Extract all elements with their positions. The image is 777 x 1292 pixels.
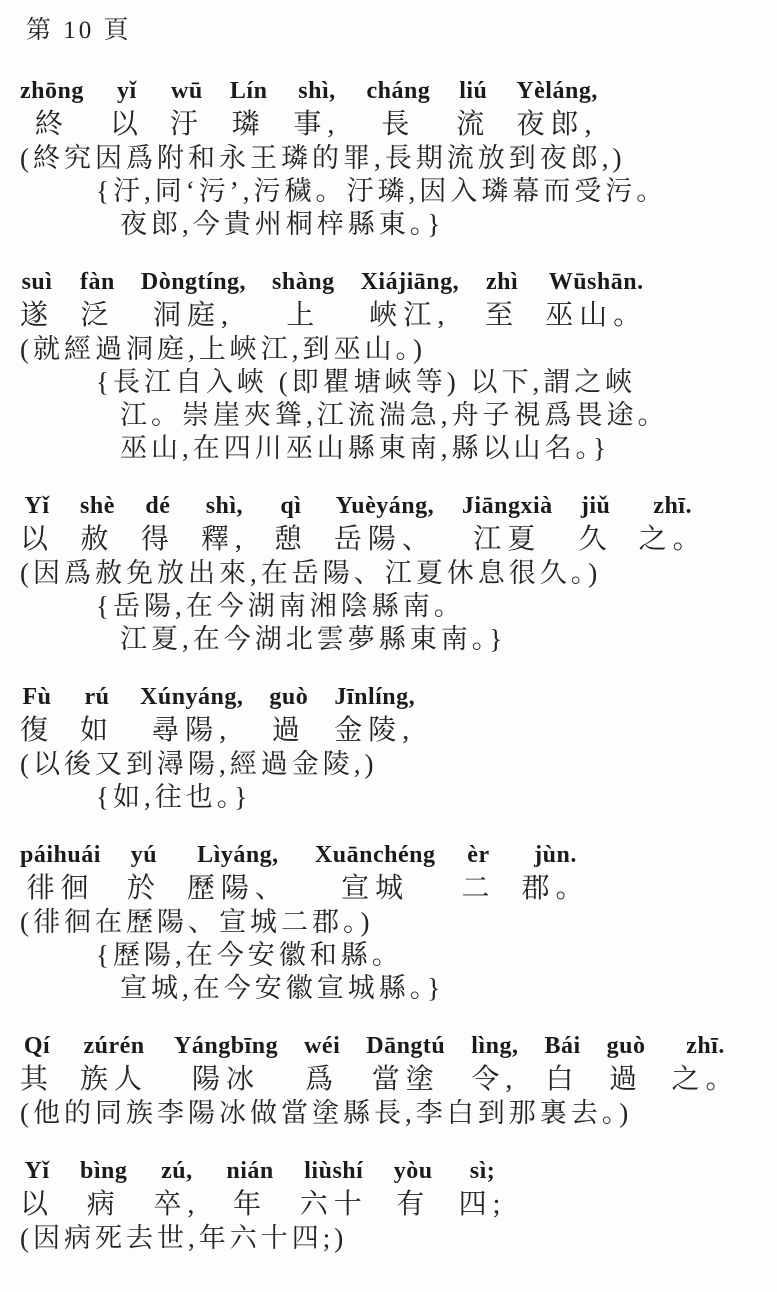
translation-line: (因爲赦免放出來,在岳陽、江夏休息很久。) xyxy=(20,557,769,590)
text-section: páihuái徘徊yú於Lìyáng,歷陽、Xuānchéng宣城èr二jùn.… xyxy=(20,838,769,1005)
page-number-header: 第 10 頁 xyxy=(26,14,769,48)
hanzi-word: 長 xyxy=(381,108,415,142)
pinyin-hanzi-pair: Yǐ以 xyxy=(20,1154,54,1222)
pinyin-word: yòu xyxy=(394,1154,433,1188)
hanzi-word: 赦 xyxy=(80,523,114,557)
pinyin-hanzi-pair: Bái白 xyxy=(544,1029,580,1097)
pinyin-hanzi-pair: Jīnlíng,金陵, xyxy=(334,680,415,748)
note-line: 巫山,在四川巫山縣東南,縣以山名。} xyxy=(120,432,769,465)
pinyin-hanzi-pair: bìng病 xyxy=(80,1154,127,1222)
hanzi-word: 流 xyxy=(456,108,490,142)
pinyin-word: Xiájiāng, xyxy=(361,265,460,299)
pinyin-word: shì, xyxy=(206,489,243,523)
pinyin-hanzi-pair: Xúnyáng,尋陽, xyxy=(140,680,243,748)
pinyin-hanzi-pair: páihuái徘徊 xyxy=(20,838,101,906)
pinyin-hanzi-pair: guò過 xyxy=(607,1029,646,1097)
note-block: {歷陽,在今安徽和縣。宣城,在今安徽宣城縣。} xyxy=(20,939,769,1005)
pinyin-hanzi-pair: Dāngtú當塗 xyxy=(366,1029,445,1097)
note-block: {如,往也。} xyxy=(20,781,769,814)
interlinear-line: Qí其zúrén族人Yángbīng陽冰wéi爲Dāngtú當塗lìng,令,B… xyxy=(20,1029,769,1097)
interlinear-line: Yǐ以shè赦dé得shì,釋,qì憩Yuèyáng,岳陽、Jiāngxià江夏… xyxy=(20,489,769,557)
pinyin-hanzi-pair: zhī.之。 xyxy=(672,1029,740,1097)
document-page: 第 10 頁 zhōng終yǐ以wū汙Lín璘shì,事,cháng長liú流Y… xyxy=(0,0,777,1292)
pinyin-hanzi-pair: fàn泛 xyxy=(80,265,115,333)
hanzi-word: 金陵, xyxy=(334,714,415,748)
hanzi-word: 其 xyxy=(20,1063,54,1097)
hanzi-word: 復 xyxy=(20,714,54,748)
pinyin-word: zhōng xyxy=(20,74,84,108)
translation-line: (就經過洞庭,上峽江,到巫山。) xyxy=(20,333,769,366)
pinyin-hanzi-pair: nián年 xyxy=(226,1154,273,1222)
hanzi-word: 璘 xyxy=(232,108,266,142)
interlinear-line: páihuái徘徊yú於Lìyáng,歷陽、Xuānchéng宣城èr二jùn.… xyxy=(20,838,769,906)
pinyin-word: Jiāngxià xyxy=(462,489,553,523)
pinyin-word: zhì xyxy=(486,265,518,299)
note-block: {岳陽,在今湖南湘陰縣南。江夏,在今湖北雲夢縣東南。} xyxy=(20,590,769,656)
hanzi-word: 白 xyxy=(546,1063,580,1097)
pinyin-hanzi-pair: Lín璘 xyxy=(230,74,268,142)
pinyin-word: páihuái xyxy=(20,838,101,872)
pinyin-word: jùn. xyxy=(534,838,577,872)
sections: zhōng終yǐ以wū汙Lín璘shì,事,cháng長liú流Yèláng,夜… xyxy=(20,74,769,1255)
pinyin-word: guò xyxy=(269,680,308,714)
pinyin-hanzi-pair: guò過 xyxy=(269,680,308,748)
pinyin-word: bìng xyxy=(80,1154,127,1188)
note-line: {歷陽,在今安徽和縣。 xyxy=(96,939,769,972)
note-line: 江。崇崖夾聳,江流湍急,舟子視爲畏途。 xyxy=(120,399,769,432)
interlinear-line: Yǐ以bìng病zú,卒,nián年liùshí六十yòu有sì;四; xyxy=(20,1154,769,1222)
hanzi-word: 郡。 xyxy=(521,872,589,906)
pinyin-hanzi-pair: yòu有 xyxy=(394,1154,433,1222)
pinyin-word: Dòngtíng, xyxy=(141,265,246,299)
pinyin-word: suì xyxy=(22,265,53,299)
hanzi-word: 四; xyxy=(459,1188,507,1222)
pinyin-hanzi-pair: shàng上 xyxy=(272,265,335,333)
hanzi-word: 以 xyxy=(20,523,54,557)
pinyin-word: jiǔ xyxy=(581,489,611,523)
note-line: {如,往也。} xyxy=(96,781,769,814)
pinyin-hanzi-pair: èr二 xyxy=(461,838,495,906)
pinyin-hanzi-pair: Yuèyáng,岳陽、 xyxy=(334,489,436,557)
hanzi-word: 岳陽、 xyxy=(334,523,436,557)
hanzi-word: 如 xyxy=(80,714,114,748)
hanzi-word: 過 xyxy=(609,1063,643,1097)
pinyin-word: Yǐ xyxy=(25,489,50,523)
pinyin-word: shì, xyxy=(298,74,335,108)
pinyin-hanzi-pair: Dòngtíng,洞庭, xyxy=(141,265,246,333)
pinyin-word: fàn xyxy=(80,265,115,299)
pinyin-word: zúrén xyxy=(83,1029,144,1063)
hanzi-word: 尋陽, xyxy=(151,714,232,748)
text-section: suì遂fàn泛Dòngtíng,洞庭,shàng上Xiájiāng,峽江,zh… xyxy=(20,265,769,465)
note-line: 宣城,在今安徽宣城縣。} xyxy=(120,972,769,1005)
hanzi-word: 至 xyxy=(485,299,519,333)
interlinear-line: suì遂fàn泛Dòngtíng,洞庭,shàng上Xiájiāng,峽江,zh… xyxy=(20,265,769,333)
pinyin-hanzi-pair: qì憩 xyxy=(274,489,308,557)
hanzi-word: 以 xyxy=(110,108,144,142)
text-section: zhōng終yǐ以wū汙Lín璘shì,事,cháng長liú流Yèláng,夜… xyxy=(20,74,769,241)
pinyin-hanzi-pair: wū汙 xyxy=(170,74,204,142)
pinyin-word: zhī. xyxy=(653,489,692,523)
pinyin-hanzi-pair: suì遂 xyxy=(20,265,54,333)
hanzi-word: 陽冰 xyxy=(192,1063,260,1097)
interlinear-line: Fù復rú如Xúnyáng,尋陽,guò過Jīnlíng,金陵, xyxy=(20,680,769,748)
pinyin-word: cháng xyxy=(366,74,430,108)
pinyin-hanzi-pair: Fù復 xyxy=(20,680,54,748)
text-section: Qí其zúrén族人Yángbīng陽冰wéi爲Dāngtú當塗lìng,令,B… xyxy=(20,1029,769,1130)
hanzi-word: 得 xyxy=(141,523,175,557)
pinyin-hanzi-pair: wéi爲 xyxy=(304,1029,340,1097)
note-block: {汙,同‘污’,污穢。汙璘,因入璘幕而受污。夜郎,今貴州桐梓縣東。} xyxy=(20,175,769,241)
translation-line: (他的同族李陽冰做當塗縣長,李白到那裏去。) xyxy=(20,1097,769,1130)
pinyin-word: Xuānchéng xyxy=(315,838,436,872)
text-section: Yǐ以shè赦dé得shì,釋,qì憩Yuèyáng,岳陽、Jiāngxià江夏… xyxy=(20,489,769,656)
pinyin-hanzi-pair: Lìyáng,歷陽、 xyxy=(187,838,289,906)
pinyin-hanzi-pair: lìng,令, xyxy=(471,1029,518,1097)
pinyin-hanzi-pair: shì,事, xyxy=(293,74,340,142)
note-line: {汙,同‘污’,污穢。汙璘,因入璘幕而受污。 xyxy=(96,175,769,208)
note-line: 夜郎,今貴州桐梓縣東。} xyxy=(120,208,769,241)
hanzi-word: 終 xyxy=(35,108,69,142)
hanzi-word: 族人 xyxy=(80,1063,148,1097)
hanzi-word: 憩 xyxy=(274,523,308,557)
hanzi-word: 泛 xyxy=(80,299,114,333)
hanzi-word: 當塗 xyxy=(372,1063,440,1097)
pinyin-hanzi-pair: shì,釋, xyxy=(201,489,248,557)
hanzi-word: 巫山。 xyxy=(545,299,647,333)
hanzi-word: 汙 xyxy=(170,108,204,142)
translation-line: (徘徊在歷陽、宣城二郡。) xyxy=(20,906,769,939)
pinyin-hanzi-pair: cháng長 xyxy=(366,74,430,142)
pinyin-word: rú xyxy=(85,680,110,714)
note-line: {長江自入峽 (即瞿塘峽等) 以下,謂之峽 xyxy=(96,366,769,399)
pinyin-word: Bái xyxy=(544,1029,580,1063)
pinyin-word: Xúnyáng, xyxy=(140,680,243,714)
pinyin-hanzi-pair: jùn.郡。 xyxy=(521,838,589,906)
pinyin-word: èr xyxy=(467,838,489,872)
pinyin-word: liú xyxy=(459,74,487,108)
hanzi-word: 過 xyxy=(272,714,306,748)
hanzi-word: 卒, xyxy=(153,1188,200,1222)
pinyin-word: Lín xyxy=(230,74,268,108)
note-line: {岳陽,在今湖南湘陰縣南。 xyxy=(96,590,769,623)
pinyin-hanzi-pair: Yángbīng陽冰 xyxy=(174,1029,278,1097)
pinyin-hanzi-pair: Yèláng,夜郎, xyxy=(516,74,598,142)
hanzi-word: 六十 xyxy=(300,1188,368,1222)
pinyin-hanzi-pair: Qí其 xyxy=(20,1029,54,1097)
pinyin-hanzi-pair: zhì至 xyxy=(485,265,519,333)
hanzi-word: 上 xyxy=(286,299,320,333)
pinyin-hanzi-pair: shè赦 xyxy=(80,489,115,557)
pinyin-word: qì xyxy=(280,489,301,523)
hanzi-word: 事, xyxy=(293,108,340,142)
text-section: Fù復rú如Xúnyáng,尋陽,guò過Jīnlíng,金陵, (以後又到潯陽… xyxy=(20,680,769,814)
pinyin-word: nián xyxy=(226,1154,273,1188)
pinyin-word: liùshí xyxy=(304,1154,363,1188)
pinyin-hanzi-pair: dé得 xyxy=(141,489,175,557)
hanzi-word: 爲 xyxy=(305,1063,339,1097)
pinyin-word: lìng, xyxy=(471,1029,518,1063)
text-section: Yǐ以bìng病zú,卒,nián年liùshí六十yòu有sì;四; (因病死… xyxy=(20,1154,769,1255)
translation-line: (因病死去世,年六十四;) xyxy=(20,1222,769,1255)
pinyin-word: shè xyxy=(80,489,115,523)
hanzi-word: 宣城 xyxy=(341,872,409,906)
hanzi-word: 久 xyxy=(579,523,613,557)
hanzi-word: 夜郎, xyxy=(517,108,598,142)
pinyin-word: Lìyáng, xyxy=(197,838,279,872)
hanzi-word: 之。 xyxy=(639,523,707,557)
pinyin-word: zú, xyxy=(161,1154,193,1188)
pinyin-word: zhī. xyxy=(686,1029,725,1063)
hanzi-word: 於 xyxy=(127,872,161,906)
hanzi-word: 年 xyxy=(233,1188,267,1222)
hanzi-word: 二 xyxy=(461,872,495,906)
hanzi-word: 江夏 xyxy=(473,523,541,557)
hanzi-word: 徘徊 xyxy=(26,872,94,906)
hanzi-word: 之。 xyxy=(672,1063,740,1097)
hanzi-word: 病 xyxy=(87,1188,121,1222)
interlinear-line: zhōng終yǐ以wū汙Lín璘shì,事,cháng長liú流Yèláng,夜… xyxy=(20,74,769,142)
pinyin-hanzi-pair: Yǐ以 xyxy=(20,489,54,557)
pinyin-hanzi-pair: yǐ以 xyxy=(110,74,144,142)
hanzi-word: 有 xyxy=(396,1188,430,1222)
pinyin-hanzi-pair: sì;四; xyxy=(459,1154,507,1222)
hanzi-word: 峽江, xyxy=(369,299,450,333)
pinyin-word: dé xyxy=(145,489,170,523)
translation-line: (以後又到潯陽,經過金陵,) xyxy=(20,748,769,781)
hanzi-word: 釋, xyxy=(201,523,248,557)
pinyin-word: Qí xyxy=(24,1029,50,1063)
pinyin-word: Fù xyxy=(23,680,52,714)
pinyin-hanzi-pair: zú,卒, xyxy=(153,1154,200,1222)
hanzi-word: 洞庭, xyxy=(153,299,234,333)
pinyin-word: Yuèyáng, xyxy=(336,489,434,523)
pinyin-hanzi-pair: rú如 xyxy=(80,680,114,748)
pinyin-hanzi-pair: liú流 xyxy=(456,74,490,142)
hanzi-word: 令, xyxy=(471,1063,518,1097)
pinyin-hanzi-pair: zhī.之。 xyxy=(639,489,707,557)
pinyin-word: yú xyxy=(131,838,157,872)
pinyin-hanzi-pair: zúrén族人 xyxy=(80,1029,148,1097)
pinyin-word: shàng xyxy=(272,265,335,299)
pinyin-word: guò xyxy=(607,1029,646,1063)
pinyin-hanzi-pair: Xiájiāng,峽江, xyxy=(361,265,460,333)
pinyin-word: Yèláng, xyxy=(516,74,598,108)
pinyin-word: Yángbīng xyxy=(174,1029,278,1063)
translation-line: (終究因爲附和永王璘的罪,長期流放到夜郎,) xyxy=(20,142,769,175)
pinyin-hanzi-pair: liùshí六十 xyxy=(300,1154,368,1222)
hanzi-word: 遂 xyxy=(20,299,54,333)
hanzi-word: 以 xyxy=(20,1188,54,1222)
pinyin-word: wéi xyxy=(304,1029,340,1063)
hanzi-word: 歷陽、 xyxy=(187,872,289,906)
pinyin-hanzi-pair: Xuānchéng宣城 xyxy=(315,838,436,906)
pinyin-word: yǐ xyxy=(117,74,137,108)
pinyin-word: wū xyxy=(171,74,203,108)
pinyin-word: Wūshān. xyxy=(549,265,644,299)
pinyin-word: Yǐ xyxy=(25,1154,50,1188)
note-block: {長江自入峽 (即瞿塘峽等) 以下,謂之峽江。崇崖夾聳,江流湍急,舟子視爲畏途。… xyxy=(20,366,769,465)
pinyin-word: Dāngtú xyxy=(366,1029,445,1063)
note-line: 江夏,在今湖北雲夢縣東南。} xyxy=(120,623,769,656)
pinyin-hanzi-pair: Wūshān.巫山。 xyxy=(545,265,647,333)
pinyin-word: Jīnlíng, xyxy=(334,680,415,714)
pinyin-hanzi-pair: yú於 xyxy=(127,838,161,906)
pinyin-hanzi-pair: jiǔ久 xyxy=(579,489,613,557)
pinyin-word: sì; xyxy=(470,1154,496,1188)
pinyin-hanzi-pair: zhōng終 xyxy=(20,74,84,142)
pinyin-hanzi-pair: Jiāngxià江夏 xyxy=(462,489,553,557)
